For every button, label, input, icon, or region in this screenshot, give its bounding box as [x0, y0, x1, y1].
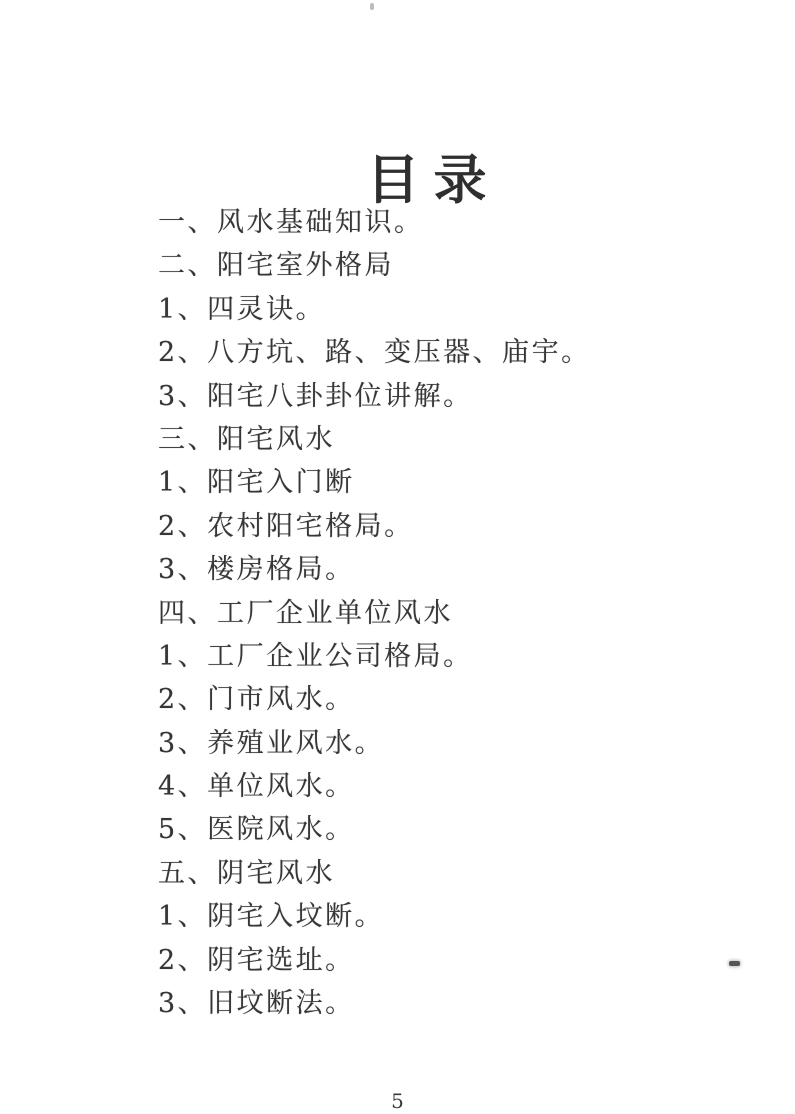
toc-entry: 一、风水基础知识。	[158, 201, 718, 244]
toc-entry: 1、阴宅入坟断。	[158, 895, 718, 938]
toc-entry: 1、四灵诀。	[158, 288, 718, 331]
scan-artifact-top	[370, 3, 374, 10]
scanned-document-page: 目录 一、风水基础知识。 二、阳宅室外格局 1、四灵诀。 2、八方坑、路、变压器…	[0, 0, 795, 1114]
toc-entry: 2、阴宅选址。	[158, 939, 718, 982]
toc-entry: 3、旧坟断法。	[158, 982, 718, 1025]
toc-entry: 1、阳宅入门断	[158, 461, 718, 504]
toc-entry: 2、门市风水。	[158, 678, 718, 721]
page-number: 5	[0, 1089, 795, 1113]
scan-artifact-right	[729, 961, 740, 966]
toc-entry: 2、农村阳宅格局。	[158, 505, 718, 548]
toc-entry: 2、八方坑、路、变压器、庙宇。	[158, 331, 718, 374]
toc-entry: 三、阳宅风水	[158, 418, 718, 461]
toc-entry: 四、工厂企业单位风水	[158, 592, 718, 635]
toc-entry: 五、阴宅风水	[158, 852, 718, 895]
table-of-contents: 一、风水基础知识。 二、阳宅室外格局 1、四灵诀。 2、八方坑、路、变压器、庙宇…	[158, 201, 718, 1025]
toc-entry: 3、阳宅八卦卦位讲解。	[158, 375, 718, 418]
toc-entry: 4、单位风水。	[158, 765, 718, 808]
toc-entry: 3、楼房格局。	[158, 548, 718, 591]
toc-entry: 二、阳宅室外格局	[158, 244, 718, 287]
toc-entry: 3、养殖业风水。	[158, 722, 718, 765]
toc-entry: 5、医院风水。	[158, 808, 718, 851]
toc-entry: 1、工厂企业公司格局。	[158, 635, 718, 678]
